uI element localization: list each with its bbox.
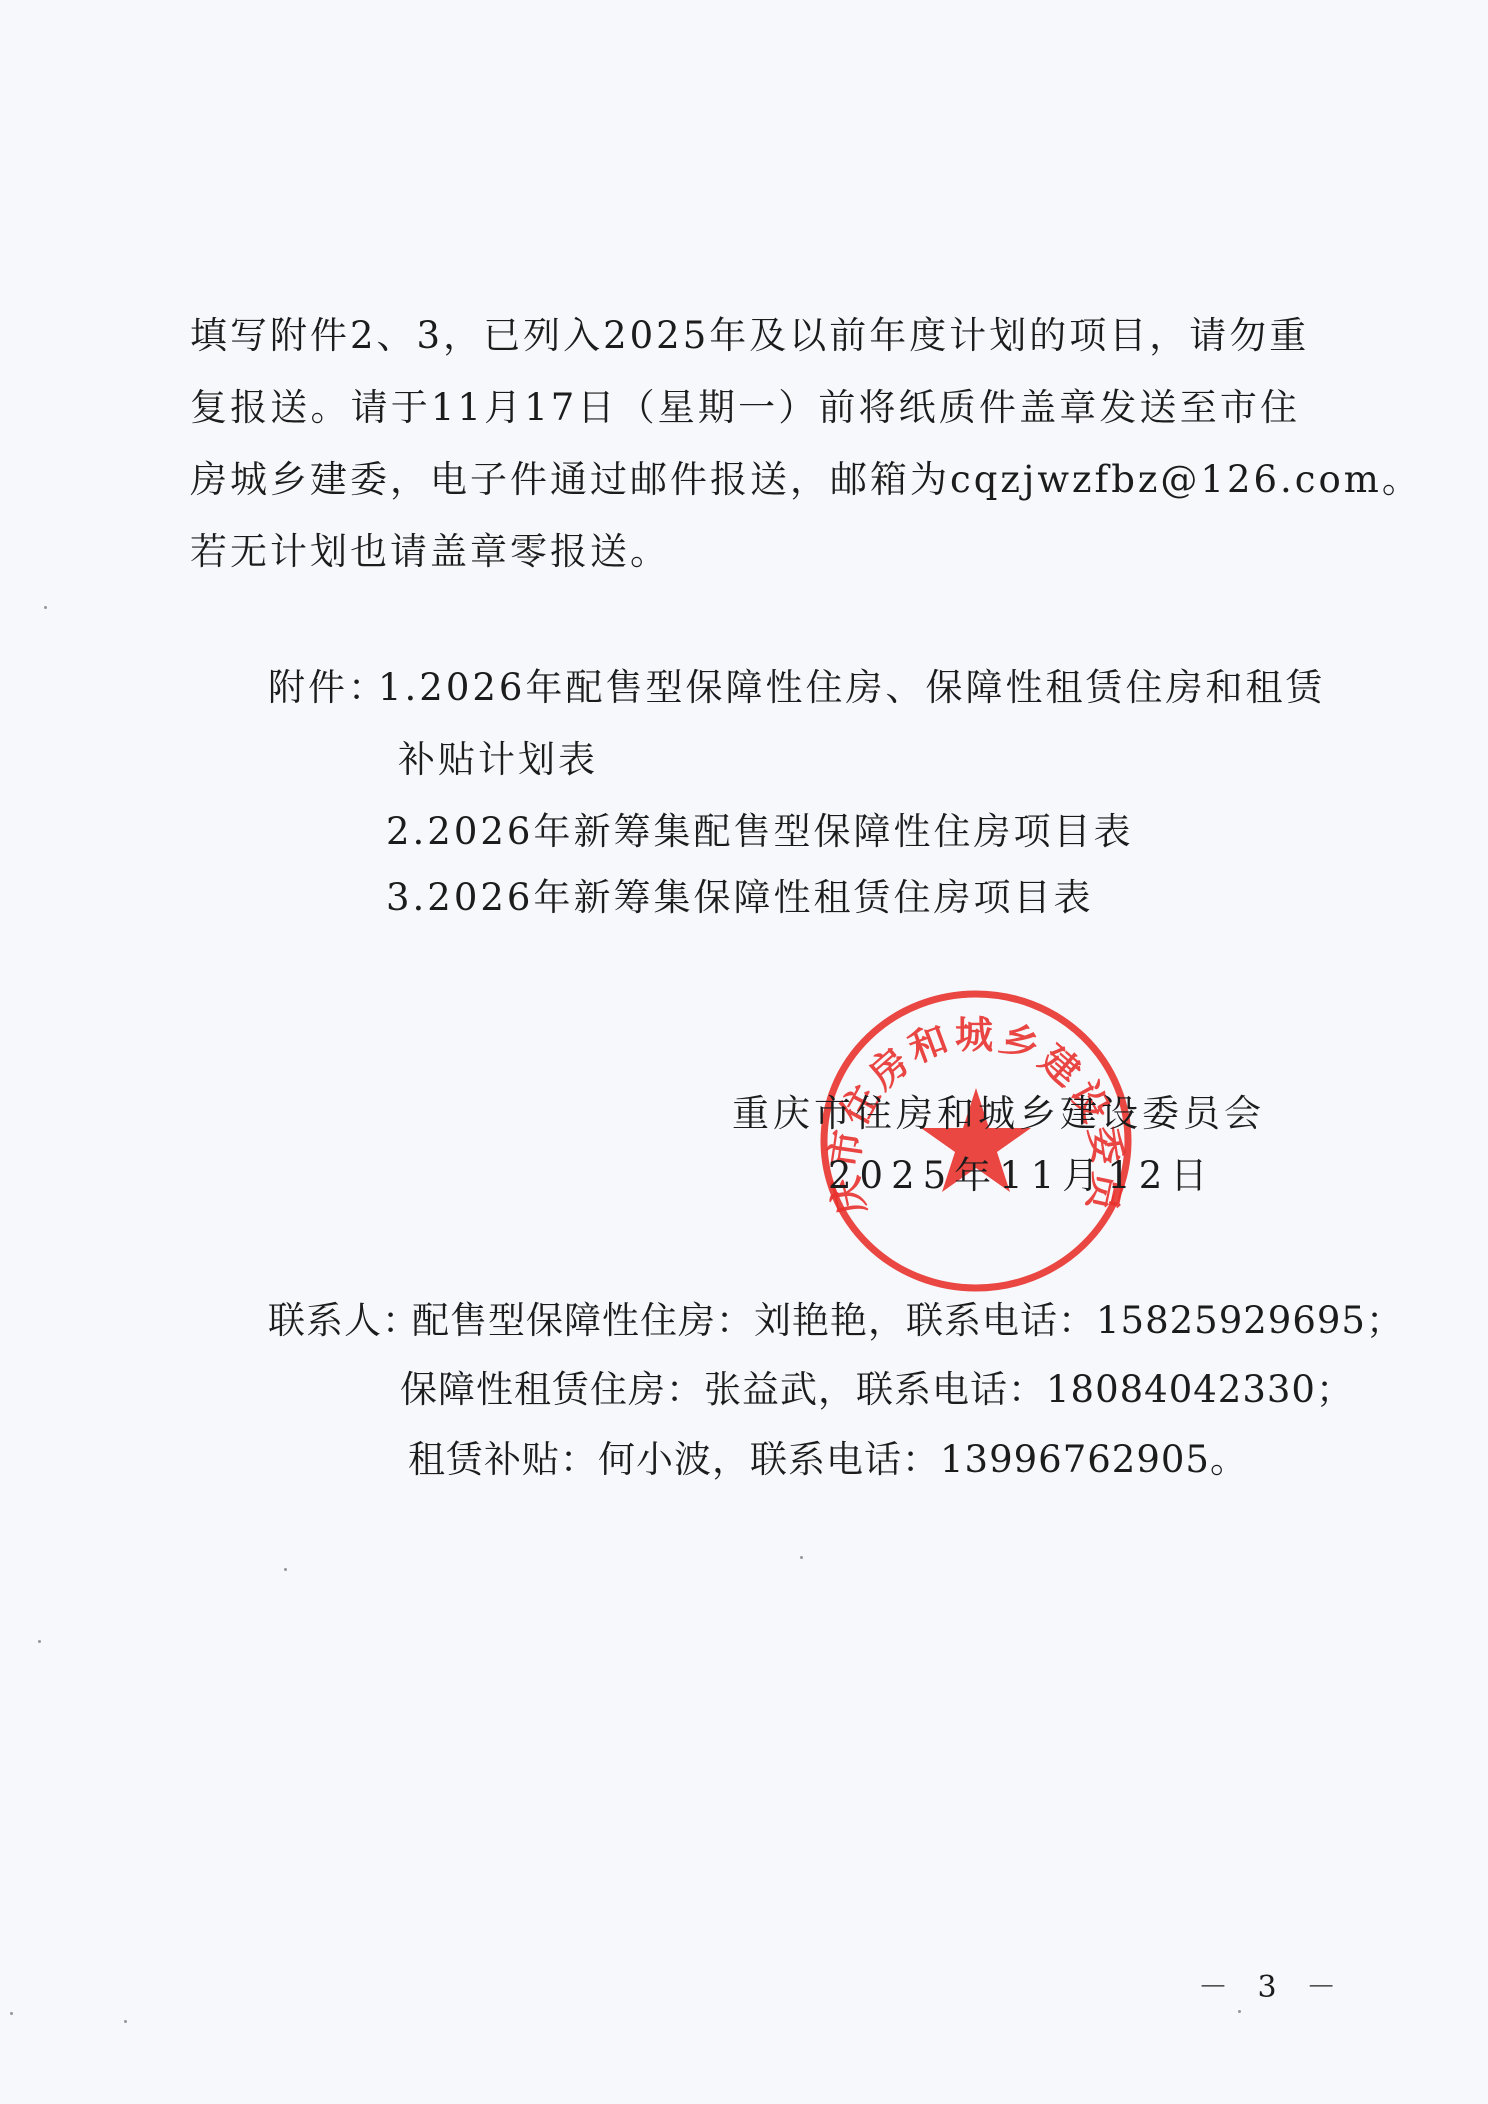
signature-org: 重庆市住房和城乡建设委员会 bbox=[732, 1090, 1265, 1138]
attachment-item-1-cont: 补贴计划表 bbox=[398, 736, 598, 784]
scan-speck bbox=[38, 1640, 41, 1643]
scan-speck bbox=[10, 2012, 13, 2015]
scan-speck bbox=[44, 606, 47, 609]
attachments-label: 附件： bbox=[268, 664, 388, 712]
attachment-item-1: 1.2026年配售型保障性住房、保障性租赁住房和租赁 bbox=[378, 664, 1282, 712]
page-number: － 3 － bbox=[1198, 1962, 1346, 2006]
scan-speck bbox=[284, 1568, 287, 1571]
contacts-label: 联系人： bbox=[268, 1297, 420, 1345]
contact-line-2: 保障性租赁住房：张益武，联系电话：18084042330； bbox=[400, 1366, 1354, 1414]
scan-speck bbox=[124, 2020, 127, 2023]
official-seal-icon: 重庆市住房和城乡建设委员会 bbox=[818, 988, 1134, 1294]
scan-speck bbox=[1238, 2010, 1241, 2013]
paragraph-line-4: 若无计划也请盖章零报送。 bbox=[190, 528, 670, 576]
scan-speck bbox=[800, 1556, 803, 1559]
signature-date: 2025年11月12日 bbox=[828, 1152, 1215, 1200]
attachment-item-2: 2.2026年新筹集配售型保障性住房项目表 bbox=[386, 808, 1133, 856]
paragraph-line-3: 房城乡建委，电子件通过邮件报送，邮箱为cqzjwzfbz@126.com。 bbox=[190, 456, 1300, 504]
paragraph-line-1: 填写附件2、3，已列入2025年及以前年度计划的项目，请勿重 bbox=[190, 312, 1300, 360]
contact-line-1: 配售型保障性住房：刘艳艳，联系电话：15825929695； bbox=[412, 1297, 1404, 1345]
attachment-item-3: 3.2026年新筹集保障性租赁住房项目表 bbox=[386, 874, 1093, 922]
paragraph-line-2: 复报送。请于11月17日（星期一）前将纸质件盖章发送至市住 bbox=[190, 384, 1300, 432]
contact-line-3: 租赁补贴：何小波，联系电话：13996762905。 bbox=[408, 1436, 1248, 1484]
